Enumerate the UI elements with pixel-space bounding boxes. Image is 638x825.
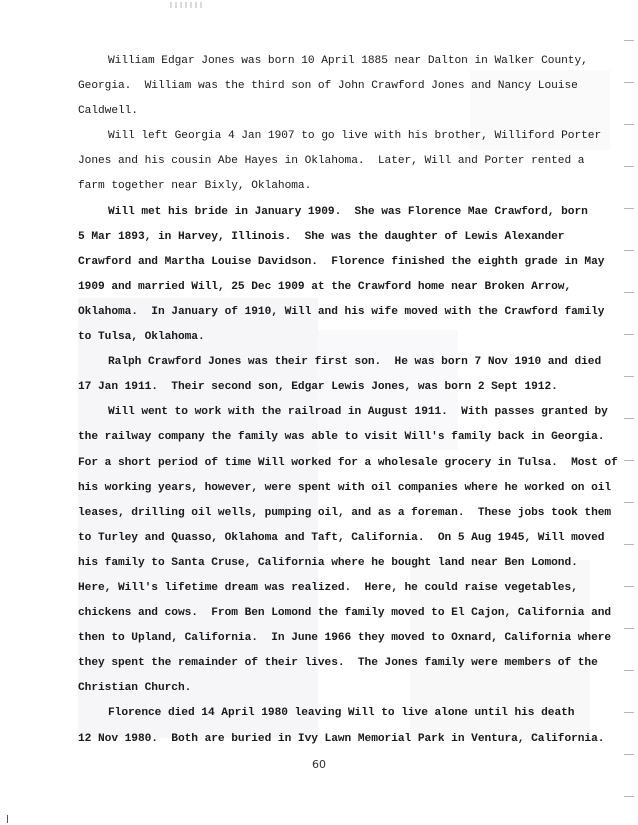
paragraph: Florence died 14 April 1980 leaving Will… [78, 701, 598, 751]
edge-tick [624, 670, 634, 671]
edge-tick [624, 712, 634, 713]
right-edge-ticks [624, 0, 634, 825]
edge-tick [624, 796, 634, 797]
text-line: farm together near Bixly, Oklahoma. [78, 174, 598, 199]
paragraph: Will met his bride in January 1909. She … [78, 200, 598, 351]
text-line: Oklahoma. In January of 1910, Will and h… [78, 300, 598, 325]
text-line: For a short period of time Will worked f… [78, 451, 598, 476]
text-line: 5 Mar 1893, in Harvey, Illinois. She was… [78, 225, 598, 250]
text-line: Ralph Crawford Jones was their first son… [78, 350, 598, 375]
text-line: Georgia. William was the third son of Jo… [78, 74, 598, 99]
edge-tick [624, 292, 634, 293]
text-line: Jones and his cousin Abe Hayes in Oklaho… [78, 149, 598, 174]
edge-tick [624, 40, 634, 41]
paragraph: William Edgar Jones was born 10 April 18… [78, 49, 598, 124]
text-line: chickens and cows. From Ben Lomond the f… [78, 601, 598, 626]
text-line: Will went to work with the railroad in A… [78, 400, 598, 425]
paragraph: Ralph Crawford Jones was their first son… [78, 350, 598, 400]
edge-tick [624, 460, 634, 461]
edge-tick [624, 250, 634, 251]
text-line: Will met his bride in January 1909. She … [78, 200, 598, 225]
text-line: Florence died 14 April 1980 leaving Will… [78, 701, 598, 726]
text-line: Crawford and Martha Louise Davidson. Flo… [78, 250, 598, 275]
text-line: to Tulsa, Oklahoma. [78, 325, 598, 350]
edge-tick [624, 544, 634, 545]
text-line: to Turley and Quasso, Oklahoma and Taft,… [78, 526, 598, 551]
text-line: they spent the remainder of their lives.… [78, 651, 598, 676]
edge-tick [624, 376, 634, 377]
edge-tick [624, 418, 634, 419]
edge-tick [624, 754, 634, 755]
text-line: Will left Georgia 4 Jan 1907 to go live … [78, 124, 598, 149]
text-line: then to Upland, California. In June 1966… [78, 626, 598, 651]
text-line: Christian Church. [78, 676, 598, 701]
edge-tick [624, 628, 634, 629]
edge-tick [624, 166, 634, 167]
edge-tick [624, 334, 634, 335]
page-number: 60 [0, 758, 638, 771]
text-line: Here, Will's lifetime dream was realized… [78, 576, 598, 601]
text-line: the railway company the family was able … [78, 425, 598, 450]
scan-artifact-top [170, 2, 204, 8]
text-line: 1909 and married Will, 25 Dec 1909 at th… [78, 275, 598, 300]
body-text: William Edgar Jones was born 10 April 18… [78, 49, 598, 752]
edge-tick [624, 124, 634, 125]
edge-tick [624, 208, 634, 209]
text-line: Caldwell. [78, 99, 598, 124]
text-line: his family to Santa Cruse, California wh… [78, 551, 598, 576]
text-line: 12 Nov 1980. Both are buried in Ivy Lawn… [78, 727, 598, 752]
edge-tick [624, 82, 634, 83]
text-line: William Edgar Jones was born 10 April 18… [78, 49, 598, 74]
edge-tick [624, 586, 634, 587]
edge-tick [624, 502, 634, 503]
text-line: leases, drilling oil wells, pumping oil,… [78, 501, 598, 526]
text-line: his working years, however, were spent w… [78, 476, 598, 501]
paragraph: Will left Georgia 4 Jan 1907 to go live … [78, 124, 598, 199]
text-line: 17 Jan 1911. Their second son, Edgar Lew… [78, 375, 598, 400]
scanned-page: William Edgar Jones was born 10 April 18… [0, 0, 638, 825]
paragraph: Will went to work with the railroad in A… [78, 400, 598, 701]
scan-artifact-bottom-left [7, 815, 8, 823]
